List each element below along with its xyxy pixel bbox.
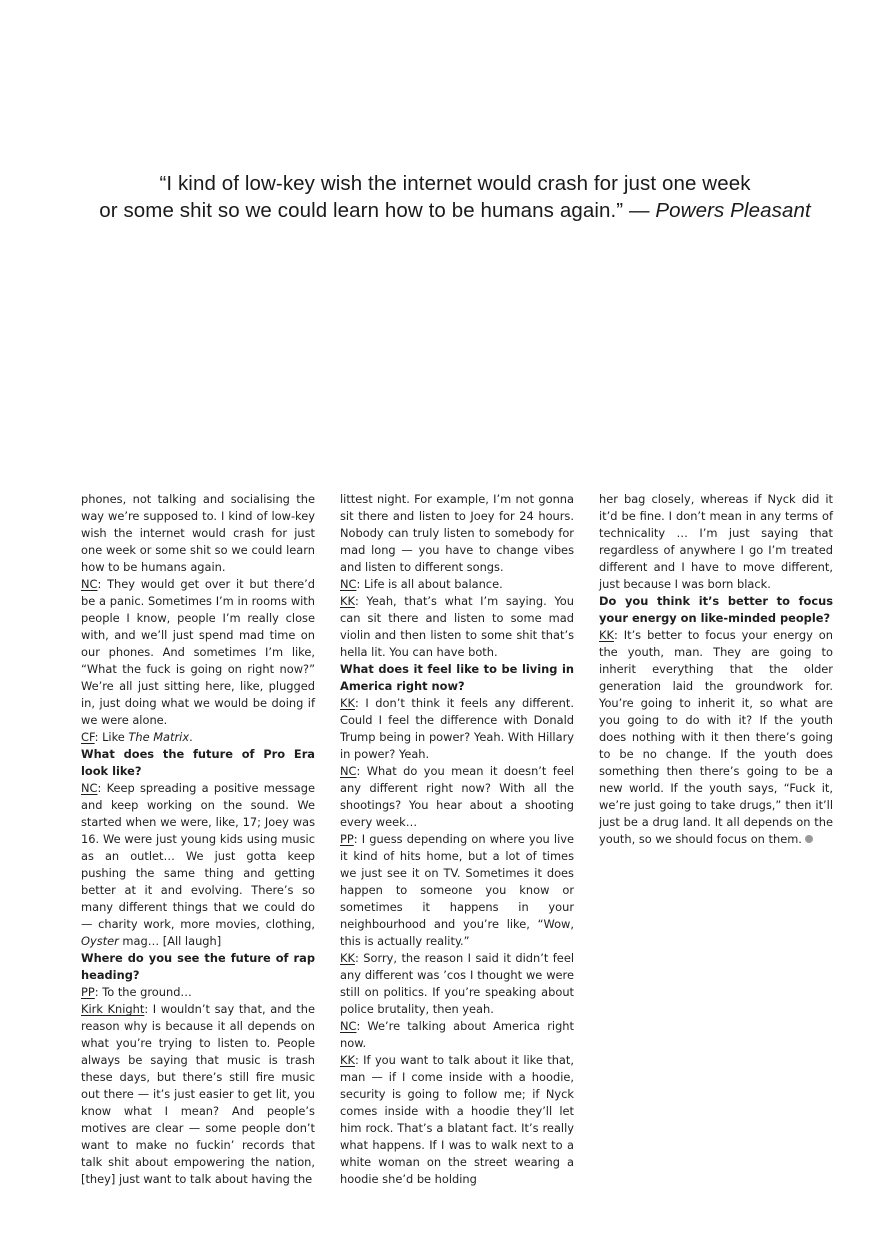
speaker-label: PP	[340, 832, 354, 846]
speaker-label: KK	[599, 628, 614, 642]
speaker-label: KK	[340, 594, 355, 608]
speaker-label: KK	[340, 951, 355, 965]
speaker-label: NC	[340, 764, 356, 778]
interview-answer: PP: To the ground…	[81, 984, 315, 1001]
answer-text-after: .	[189, 730, 193, 744]
speaker-label: NC	[340, 1019, 356, 1033]
interview-answer: NC: Keep spreading a positive message an…	[81, 780, 315, 950]
interview-answer: her bag closely, whereas if Nyck did it …	[599, 491, 833, 593]
article-column-2: littest night. For example, I’m not gonn…	[340, 491, 574, 1188]
answer-text: : Keep spreading a positive message and …	[81, 781, 315, 931]
pull-quote-line-2-text: or some shit so we could learn how to be…	[99, 199, 655, 222]
answer-text: : I wouldn’t say that, and the reason wh…	[81, 1002, 315, 1186]
article-end-mark-icon	[805, 835, 813, 843]
interview-answer: KK: I don’t think it feels any different…	[340, 695, 574, 763]
interview-answer: KK: It’s better to focus your energy on …	[599, 627, 833, 848]
interview-answer: PP: I guess depending on where you live …	[340, 831, 574, 950]
speaker-label: Kirk Knight	[81, 1002, 144, 1016]
article-column-1: phones, not talking and socialising the …	[81, 491, 315, 1188]
answer-text: : Like	[95, 730, 129, 744]
article-columns: phones, not talking and socialising the …	[81, 491, 833, 1188]
interview-answer: KK: Sorry, the reason I said it didn’t f…	[340, 950, 574, 1018]
interview-question: What does the future of Pro Era look lik…	[81, 746, 315, 780]
interview-answer: NC: What do you mean it doesn’t feel any…	[340, 763, 574, 831]
interview-question: Where do you see the future of rap headi…	[81, 950, 315, 984]
answer-text: phones, not talking and socialising the …	[81, 492, 315, 574]
pull-quote: “I kind of low-key wish the internet wou…	[40, 170, 870, 224]
interview-answer: KK: If you want to talk about it like th…	[340, 1052, 574, 1188]
speaker-label: KK	[340, 696, 355, 710]
interview-answer: NC: They would get over it but there’d b…	[81, 576, 315, 729]
pull-quote-line-2: or some shit so we could learn how to be…	[40, 197, 870, 224]
speaker-label: NC	[340, 577, 356, 591]
answer-text: : What do you mean it doesn’t feel any d…	[340, 764, 574, 829]
answer-text: : We’re talking about America right now.	[340, 1019, 574, 1050]
answer-text: : Yeah, that’s what I’m saying. You can …	[340, 594, 574, 659]
interview-answer: NC: We’re talking about America right no…	[340, 1018, 574, 1052]
speaker-label: KK	[340, 1053, 355, 1067]
answer-text: littest night. For example, I’m not gonn…	[340, 492, 574, 574]
answer-text: : I don’t think it feels any different. …	[340, 696, 574, 761]
speaker-label: CF	[81, 730, 95, 744]
answer-text: : They would get over it but there’d be …	[81, 577, 315, 727]
italic-title: Oyster	[81, 934, 119, 948]
interview-answer: NC: Life is all about balance.	[340, 576, 574, 593]
speaker-label: NC	[81, 577, 97, 591]
answer-text-after: mag… [All laugh]	[119, 934, 221, 948]
speaker-label: PP	[81, 985, 95, 999]
interview-answer: phones, not talking and socialising the …	[81, 491, 315, 576]
answer-text: : Sorry, the reason I said it didn’t fee…	[340, 951, 574, 1016]
pull-quote-attribution: Powers Pleasant	[655, 199, 810, 222]
answer-text: : It’s better to focus your energy on th…	[599, 628, 833, 846]
italic-title: The Matrix	[128, 730, 189, 744]
interview-question: Do you think it’s better to focus your e…	[599, 593, 833, 627]
interview-answer: littest night. For example, I’m not gonn…	[340, 491, 574, 576]
speaker-label: NC	[81, 781, 97, 795]
interview-answer: CF: Like The Matrix.	[81, 729, 315, 746]
interview-question: What does it feel like to be living in A…	[340, 661, 574, 695]
answer-text: her bag closely, whereas if Nyck did it …	[599, 492, 833, 591]
pull-quote-line-1: “I kind of low-key wish the internet wou…	[40, 170, 870, 197]
answer-text: : I guess depending on where you live it…	[340, 832, 574, 948]
interview-answer: KK: Yeah, that’s what I’m saying. You ca…	[340, 593, 574, 661]
answer-text: : To the ground…	[95, 985, 192, 999]
answer-text: : If you want to talk about it like that…	[340, 1053, 574, 1186]
answer-text: : Life is all about balance.	[356, 577, 502, 591]
article-column-3: her bag closely, whereas if Nyck did it …	[599, 491, 833, 1188]
interview-answer: Kirk Knight: I wouldn’t say that, and th…	[81, 1001, 315, 1188]
